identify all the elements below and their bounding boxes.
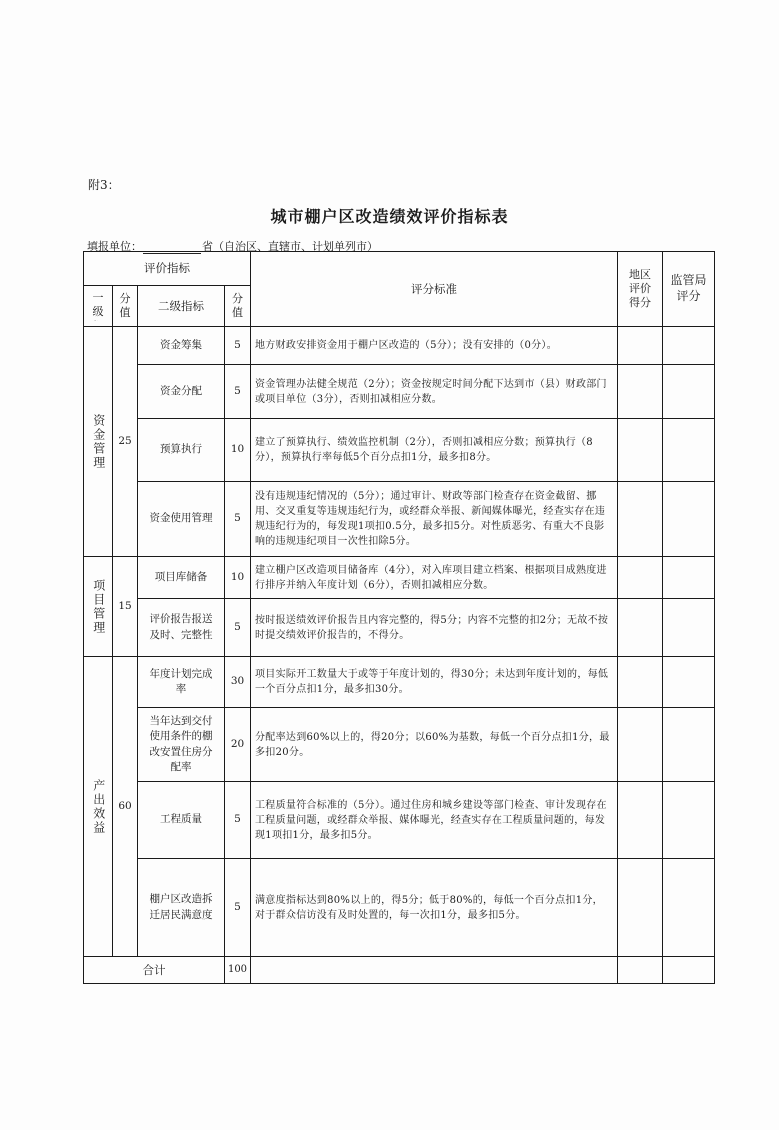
criteria-cell: 按时报送绩效评价报告且内容完整的，得5分；内容不完整的扣2分；无故不按时提交绩效… <box>251 599 618 657</box>
criteria-cell: 分配率达到60%以上的，得20分；以60%为基数，每低一个百分点扣1分，最多扣2… <box>251 708 618 782</box>
region-score-input[interactable] <box>618 365 663 419</box>
total-criteria-cell <box>251 957 618 984</box>
level2-score-cell: 30 <box>225 657 251 708</box>
level1-cell: 资金管理 <box>84 327 113 557</box>
region-score-input[interactable] <box>618 557 663 599</box>
level2-cell: 资金使用管理 <box>138 482 225 557</box>
level2-cell: 年度计划完成率 <box>138 657 225 708</box>
criteria-cell: 地方财政安排资金用于棚户区改造的（5分）；没有安排的（0分）。 <box>251 327 618 365</box>
regulator-score-input[interactable] <box>663 859 715 957</box>
regulator-score-input[interactable] <box>663 419 715 482</box>
level2-cell: 预算执行 <box>138 419 225 482</box>
header-region-score: 地区评价得分 <box>618 252 663 327</box>
level1-score-cell: 60 <box>113 657 138 957</box>
level1-cell: 产出效益 <box>84 657 113 957</box>
table-row: 棚户区改造拆迁居民满意度 5 满意度指标达到80%以上的，得5分；低于80%的，… <box>84 859 715 957</box>
table-row: 产出效益 60 年度计划完成率 30 项目实际开工数量大于或等于年度计划的，得3… <box>84 657 715 708</box>
region-score-input[interactable] <box>618 859 663 957</box>
regulator-score-input[interactable] <box>663 657 715 708</box>
table-row: 资金管理 25 资金筹集 5 地方财政安排资金用于棚户区改造的（5分）；没有安排… <box>84 327 715 365</box>
regulator-score-input[interactable] <box>663 599 715 657</box>
level2-cell: 工程质量 <box>138 782 225 859</box>
criteria-cell: 建立棚户区改造项目储备库（4分），对入库项目建立档案、根据项目成熟度进行排序并纳… <box>251 557 618 599</box>
total-row: 合计 100 <box>84 957 715 984</box>
table-row: 评价报告报送及时、完整性 5 按时报送绩效评价报告且内容完整的，得5分；内容不完… <box>84 599 715 657</box>
level2-score-cell: 5 <box>225 859 251 957</box>
total-label: 合计 <box>84 957 225 984</box>
level2-cell: 项目库储备 <box>138 557 225 599</box>
criteria-cell: 资金管理办法健全规范（2分）；资金按规定时间分配下达到市（县）财政部门或项目单位… <box>251 365 618 419</box>
annex-label: 附3： <box>88 176 120 193</box>
table-row: 资金分配 5 资金管理办法健全规范（2分）；资金按规定时间分配下达到市（县）财政… <box>84 365 715 419</box>
criteria-cell: 工程质量符合标准的（5分）。通过住房和城乡建设等部门检查、审计发现存在工程质量问… <box>251 782 618 859</box>
region-score-input[interactable] <box>618 708 663 782</box>
level2-score-cell: 10 <box>225 557 251 599</box>
level1-cell: 项目管理 <box>84 557 113 657</box>
total-score: 100 <box>225 957 251 984</box>
level2-score-cell: 5 <box>225 327 251 365</box>
level2-score-cell: 10 <box>225 419 251 482</box>
table-row: 工程质量 5 工程质量符合标准的（5分）。通过住房和城乡建设等部门检查、审计发现… <box>84 782 715 859</box>
criteria-cell: 满意度指标达到80%以上的，得5分；低于80%的，每低一个百分点扣1分，对于群众… <box>251 859 618 957</box>
regulator-score-input[interactable] <box>663 327 715 365</box>
table-row: 项目管理 15 项目库储备 10 建立棚户区改造项目储备库（4分），对入库项目建… <box>84 557 715 599</box>
total-regulator-score-input[interactable] <box>663 957 715 984</box>
region-score-input[interactable] <box>618 482 663 557</box>
table-row: 当年达到交付使用条件的棚改安置住房分配率 20 分配率达到60%以上的，得20分… <box>84 708 715 782</box>
evaluation-indicator-table: 评价指标 评分标准 地区评价得分 监管局评分 一级指标 分值 二级指标 分值 资… <box>83 251 715 984</box>
level2-cell: 资金筹集 <box>138 327 225 365</box>
header-regulator-score: 监管局评分 <box>663 252 715 327</box>
header-level1-score: 分值 <box>113 286 138 327</box>
level2-score-cell: 5 <box>225 599 251 657</box>
region-score-input[interactable] <box>618 782 663 859</box>
level2-score-cell: 5 <box>225 365 251 419</box>
region-score-input[interactable] <box>618 419 663 482</box>
region-score-input[interactable] <box>618 327 663 365</box>
table-row: 预算执行 10 建立了预算执行、绩效监控机制（2分），否则扣减相应分数；预算执行… <box>84 419 715 482</box>
level2-cell: 资金分配 <box>138 365 225 419</box>
regulator-score-input[interactable] <box>663 365 715 419</box>
header-level1: 一级指标 <box>84 286 113 327</box>
total-region-score-input[interactable] <box>618 957 663 984</box>
region-score-input[interactable] <box>618 657 663 708</box>
level2-score-cell: 5 <box>225 482 251 557</box>
header-level2: 二级指标 <box>138 286 225 327</box>
regulator-score-input[interactable] <box>663 708 715 782</box>
level2-cell: 当年达到交付使用条件的棚改安置住房分配率 <box>138 708 225 782</box>
level1-score-cell: 15 <box>113 557 138 657</box>
document-title: 城市棚户区改造绩效评价指标表 <box>0 204 779 227</box>
header-level2-score: 分值 <box>225 286 251 327</box>
regulator-score-input[interactable] <box>663 482 715 557</box>
criteria-cell: 建立了预算执行、绩效监控机制（2分），否则扣减相应分数；预算执行（8分），预算执… <box>251 419 618 482</box>
criteria-cell: 没有违规违纪情况的（5分）；通过审计、财政等部门检查存在资金截留、挪用、交叉重复… <box>251 482 618 557</box>
regulator-score-input[interactable] <box>663 782 715 859</box>
level2-score-cell: 5 <box>225 782 251 859</box>
level1-score-cell: 25 <box>113 327 138 557</box>
level2-cell: 棚户区改造拆迁居民满意度 <box>138 859 225 957</box>
header-indicators: 评价指标 <box>84 252 251 286</box>
regulator-score-input[interactable] <box>663 557 715 599</box>
region-score-input[interactable] <box>618 599 663 657</box>
table-row: 资金使用管理 5 没有违规违纪情况的（5分）；通过审计、财政等部门检查存在资金截… <box>84 482 715 557</box>
criteria-cell: 项目实际开工数量大于或等于年度计划的，得30分；未达到年度计划的，每低一个百分点… <box>251 657 618 708</box>
header-criteria: 评分标准 <box>251 252 618 327</box>
level2-score-cell: 20 <box>225 708 251 782</box>
level2-cell: 评价报告报送及时、完整性 <box>138 599 225 657</box>
